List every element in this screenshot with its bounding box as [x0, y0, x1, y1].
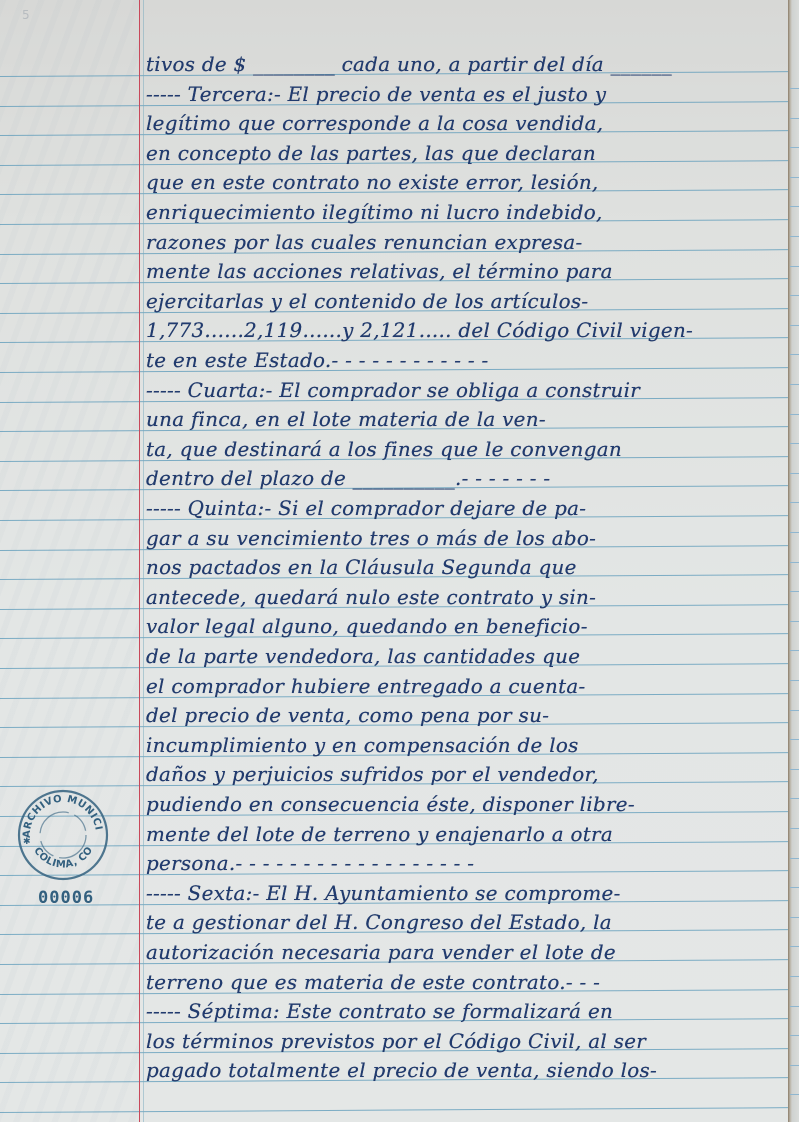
text-line: nos pactados en la Cláusula Segunda que	[146, 555, 782, 579]
text-line: pudiendo en consecuencia éste, disponer …	[146, 792, 782, 816]
bleed-through-texture	[0, 0, 139, 1122]
underlying-ruled-line	[790, 858, 799, 859]
text-line: del precio de venta, como pena por su-	[146, 703, 782, 727]
underlying-ruled-line	[790, 621, 799, 622]
text-line: en concepto de las partes, las que decla…	[146, 141, 782, 165]
text-line: una finca, en el lote materia de la ven-	[146, 407, 782, 431]
underlying-ruled-line	[790, 266, 799, 267]
underlying-ruled-line	[790, 562, 799, 563]
underlying-ruled-line	[790, 473, 799, 474]
archive-folio-number: 00006	[38, 888, 94, 908]
underlying-ruled-line	[790, 828, 799, 829]
underlying-ruled-line	[790, 976, 799, 977]
underlying-ruled-line	[790, 591, 799, 592]
underlying-ruled-line	[790, 887, 799, 888]
underlying-ruled-line	[790, 177, 799, 178]
text-line: ta, que destinará a los fines que le con…	[146, 437, 782, 461]
text-line: mente las acciones relativas, el término…	[146, 259, 782, 283]
underlying-page-edge	[788, 0, 799, 1122]
underlying-ruled-line	[790, 88, 799, 89]
text-line: de la parte vendedora, las cantidades qu…	[146, 644, 782, 668]
underlying-ruled-line	[790, 147, 799, 148]
underlying-ruled-line	[790, 295, 799, 296]
text-line: terreno que es materia de este contrato.…	[146, 970, 782, 994]
stamp-star-icon: ✱	[23, 836, 31, 846]
svg-text:ARCHIVO MUNICIPAL: ARCHIVO MUNICIPAL	[16, 788, 104, 838]
text-line: gar a su vencimiento tres o más de los a…	[146, 526, 782, 550]
text-line: que en este contrato no existe error, le…	[146, 170, 782, 194]
underlying-ruled-line	[790, 1006, 799, 1007]
text-line: razones por las cuales renuncian expresa…	[146, 230, 782, 254]
text-line: 1,773......2,119......y 2,121..... del C…	[146, 318, 782, 342]
text-line: valor legal alguno, quedando en benefici…	[146, 614, 782, 638]
text-line: ----- Sexta:- El H. Ayuntamiento se comp…	[146, 881, 782, 905]
text-line: autorización necesaria para vender el lo…	[146, 940, 782, 964]
stamp-top-text: ARCHIVO MUNICIPAL	[16, 788, 104, 838]
underlying-ruled-line	[790, 414, 799, 415]
text-line: daños y perjuicios sufridos por el vende…	[146, 762, 782, 786]
archive-stamp: ARCHIVO MUNICIPAL COLIMA, COL. ✱	[16, 788, 110, 882]
underlying-ruled-line	[790, 502, 799, 503]
text-line: pagado totalmente el precio de venta, si…	[146, 1058, 782, 1082]
margin-guide-line	[143, 0, 144, 1122]
text-line: ----- Cuarta:- El comprador se obliga a …	[146, 378, 782, 402]
text-line: incumplimiento y en compensación de los	[146, 733, 782, 757]
underlying-ruled-line	[790, 680, 799, 681]
underlying-ruled-line	[790, 325, 799, 326]
text-line: ejercitarlas y el contenido de los artíc…	[146, 289, 782, 313]
text-line: te en este Estado.- - - - - - - - - - - …	[146, 348, 782, 372]
text-line: los términos previstos por el Código Civ…	[146, 1029, 782, 1053]
underlying-ruled-line	[790, 384, 799, 385]
underlying-ruled-line	[790, 739, 799, 740]
underlying-ruled-line	[790, 917, 799, 918]
underlying-ruled-line	[790, 118, 799, 119]
underlying-ruled-line	[790, 946, 799, 947]
text-line: ----- Séptima: Este contrato se formaliz…	[146, 999, 782, 1023]
text-line: mente del lote de terreno y enajenarlo a…	[146, 822, 782, 846]
underlying-ruled-line	[790, 443, 799, 444]
notebook-page: 5 tivos de $ ________ cada uno, a partir…	[0, 0, 788, 1122]
margin-page-number: 5	[22, 8, 30, 22]
underlying-ruled-line	[790, 769, 799, 770]
text-line: persona.- - - - - - - - - - - - - - - - …	[146, 851, 782, 875]
text-line: te a gestionar del H. Congreso del Estad…	[146, 910, 782, 934]
text-line: enriquecimiento ilegítimo ni lucro indeb…	[146, 200, 782, 224]
underlying-ruled-line	[790, 236, 799, 237]
underlying-ruled-line	[790, 650, 799, 651]
text-line: ----- Quinta:- Si el comprador dejare de…	[146, 496, 782, 520]
text-line: ----- Tercera:- El precio de venta es el…	[146, 82, 782, 106]
underlying-ruled-line	[790, 798, 799, 799]
text-line: legítimo que corresponde a la cosa vendi…	[146, 111, 782, 135]
underlying-ruled-line	[790, 1094, 799, 1095]
underlying-ruled-line	[790, 1065, 799, 1066]
underlying-ruled-line	[790, 532, 799, 533]
text-line: el comprador hubiere entregado a cuenta-	[146, 674, 782, 698]
text-line: dentro del plazo de __________.- - - - -…	[146, 466, 782, 490]
underlying-ruled-line	[790, 710, 799, 711]
red-margin-line	[139, 0, 140, 1122]
underlying-ruled-line	[790, 206, 799, 207]
underlying-ruled-line	[790, 354, 799, 355]
text-line: tivos de $ ________ cada uno, a partir d…	[146, 52, 782, 76]
underlying-ruled-line	[790, 1035, 799, 1036]
text-line: antecede, quedará nulo este contrato y s…	[146, 585, 782, 609]
